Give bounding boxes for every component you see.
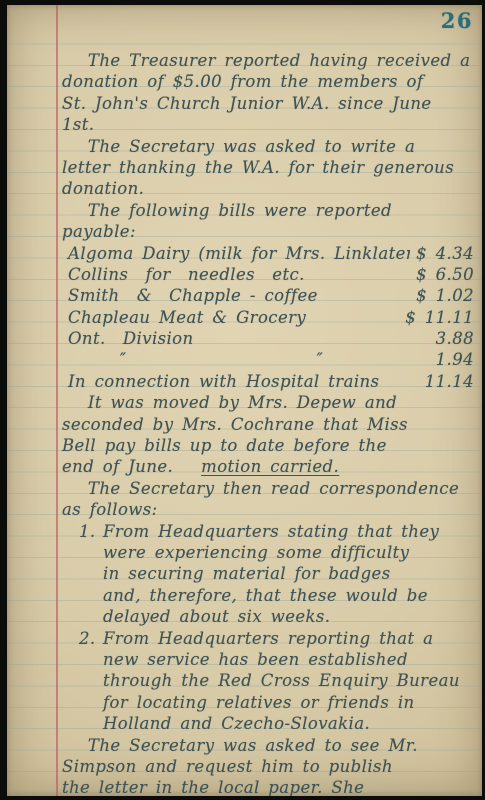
ledger-paper: 26 The Treasurer reported having receive… (7, 5, 482, 796)
correspondence-item-1: 1. From Headquarters stating that theywe… (62, 521, 476, 628)
bill-row: Ont. Division 3.88 (62, 328, 476, 349)
bill-amount: $ 6.50 (410, 264, 476, 285)
handwritten-line: letter thanking the W.A. for their gener… (62, 157, 476, 178)
bill-name: In connection with Hospital trains (62, 371, 410, 392)
motion-carried-text: motion carried. (201, 457, 339, 476)
bill-name: Ont. Division (62, 328, 410, 349)
paragraph-motion: It was moved by Mrs. Depew andseconded b… (62, 392, 476, 456)
item-text: From Headquarters stating that theywere … (103, 521, 476, 628)
handwritten-line: The Treasurer reported having received a (62, 50, 476, 71)
bill-name: Smith & Chapple - coffee (62, 285, 410, 306)
bill-amount: $ 4.34 (410, 243, 476, 264)
handwritten-line: Holland and Czecho-Slovakia. (103, 713, 476, 734)
scanned-page-frame: 26 The Treasurer reported having receive… (0, 0, 485, 800)
handwritten-line: seconded by Mrs. Cochrane that Miss (62, 414, 476, 435)
handwritten-line: The Secretary was asked to see Mr. (62, 735, 476, 756)
bill-amount: 3.88 (410, 328, 476, 349)
paragraph-bills-intro: The following bills were reportedpayable… (62, 200, 476, 243)
handwritten-line: delayed about six weeks. (103, 606, 476, 627)
bill-amount: $ 1.02 (410, 285, 476, 306)
handwritten-line: in securing material for badges (103, 563, 476, 584)
handwritten-line: through the Red Cross Enquiry Bureau (103, 670, 476, 691)
handwritten-line: as follows: (62, 499, 476, 520)
bill-name: ″ ″ (62, 349, 410, 370)
bill-row: In connection with Hospital trains 11.14 (62, 371, 476, 392)
handwritten-line: for locating relatives or friends in (103, 692, 476, 713)
handwritten-line: The Secretary then read correspondence (62, 478, 476, 499)
correspondence-item-2: 2. From Headquarters reporting that anew… (62, 628, 476, 735)
handwritten-line: From Headquarters stating that they (103, 521, 476, 542)
item-number: 1. (79, 521, 103, 542)
handwritten-minutes: The Treasurer reported having received a… (62, 50, 476, 796)
bill-row: Smith & Chapple - coffee $ 1.02 (62, 285, 476, 306)
bill-row: Algoma Dairy (milk for Mrs. Linklater) $… (62, 243, 476, 264)
page-number: 26 (441, 8, 473, 33)
bill-amount: 11.14 (410, 371, 476, 392)
paragraph-correspondence-intro: The Secretary then read correspondenceas… (62, 478, 476, 521)
item-text: From Headquarters reporting that anew se… (103, 628, 476, 735)
bill-row: Chapleau Meat & Grocery $ 11.11 (62, 307, 476, 328)
paragraph-secretary-thanks: The Secretary was asked to write aletter… (62, 136, 476, 200)
handwritten-line: donation of $5.00 from the members of (62, 71, 476, 92)
handwritten-line: St. John's Church Junior W.A. since June (62, 93, 476, 114)
bills-list: Algoma Dairy (milk for Mrs. Linklater) $… (62, 243, 476, 393)
bill-amount: $ 11.11 (405, 307, 476, 328)
handwritten-line: It was moved by Mrs. Depew and (62, 392, 476, 413)
handwritten-line: and, therefore, that these would be (103, 585, 476, 606)
paragraph-treasurer-donation: The Treasurer reported having received a… (62, 50, 476, 136)
handwritten-line: The following bills were reported (62, 200, 476, 221)
handwritten-line: Simpson and request him to publish (62, 756, 476, 777)
bill-name: Collins for needles etc. (62, 264, 410, 285)
bill-amount: 1.94 (410, 349, 476, 370)
handwritten-line: The Secretary was asked to write a (62, 136, 476, 157)
handwritten-line: payable: (62, 221, 476, 242)
handwritten-line: From Headquarters reporting that a (103, 628, 476, 649)
red-margin-line (56, 5, 58, 796)
handwritten-line: Bell pay bills up to date before the (62, 435, 476, 456)
bill-name: Algoma Dairy (milk for Mrs. Linklater) (62, 243, 410, 264)
bill-row: ″ ″ 1.94 (62, 349, 476, 370)
handwritten-line: new service has been established (103, 649, 476, 670)
motion-closing-text: end of June. (62, 457, 173, 476)
handwritten-line: donation. (62, 178, 476, 199)
motion-carried-line: end of June.motion carried. (62, 456, 476, 477)
bill-name: Chapleau Meat & Grocery (62, 307, 405, 328)
paragraph-simpson-publish: The Secretary was asked to see Mr.Simpso… (62, 735, 476, 797)
handwritten-line: were experiencing some difficulty (103, 542, 476, 563)
handwritten-line: 1st. (62, 114, 476, 135)
bill-row: Collins for needles etc. $ 6.50 (62, 264, 476, 285)
handwritten-line: the letter in the local paper. She (62, 777, 476, 796)
item-number: 2. (79, 628, 103, 649)
